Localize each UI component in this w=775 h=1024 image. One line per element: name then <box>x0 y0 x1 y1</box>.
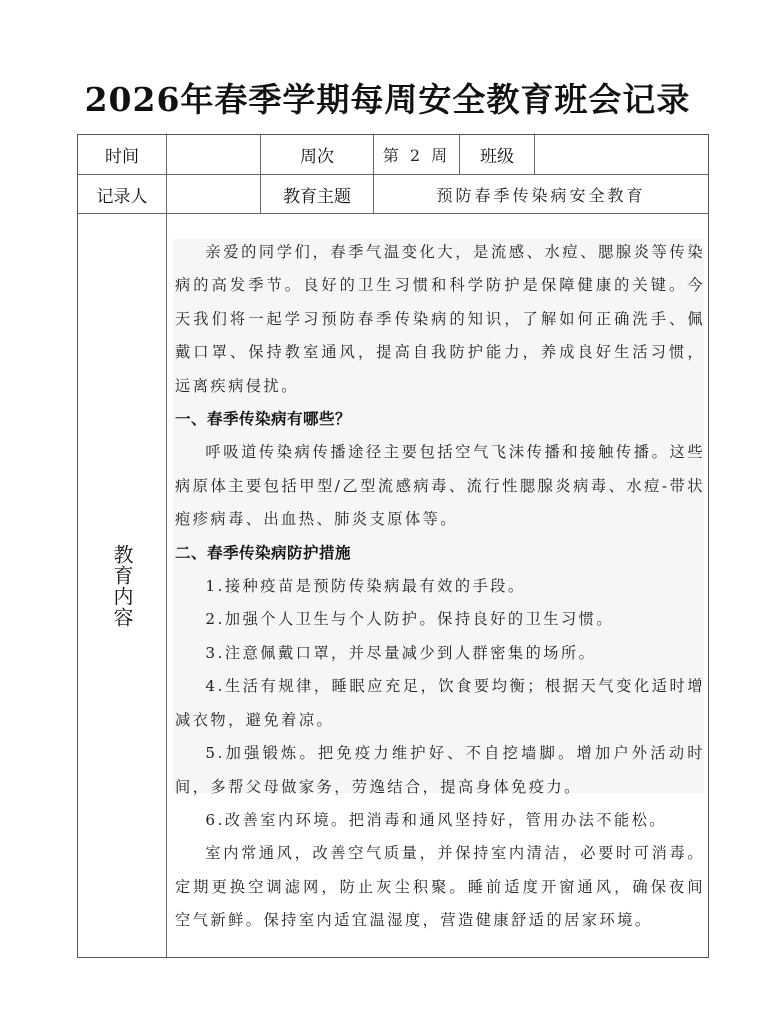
closing-paragraph: 室内常通风，改善空气质量，并保持室内清洁，必要时可消毒。定期更换空调滤网，防止灰… <box>175 837 705 937</box>
week-field[interactable]: 第 2 周 <box>374 135 459 174</box>
measure-item-5: 5.加强锻炼。把免疫力维护好、不自挖墙脚。增加户外活动时间，多帮父母做家务，劳逸… <box>175 737 705 804</box>
theme-field[interactable]: 预防春季传染病安全教育 <box>374 175 708 213</box>
record-table: 时间 周次 第 2 周 班级 记录人 教育主题 预防春季传染病安全教育 教育内容… <box>77 134 709 958</box>
intro-paragraph: 亲爱的同学们，春季气温变化大，是流感、水痘、腮腺炎等传染病的高发季节。良好的卫生… <box>175 236 705 403</box>
measure-item-4: 4.生活有规律，睡眠应充足，饮食要均衡；根据天气变化适时增减衣物，避免着凉。 <box>175 670 705 737</box>
row-divider <box>78 213 708 214</box>
section1-paragraph: 呼吸道传染病传播途径主要包括空气飞沫传播和接触传播。这些病原体主要包括甲型/乙型… <box>175 436 705 536</box>
theme-label: 教育主题 <box>261 175 373 213</box>
measure-item-1: 1.接种疫苗是预防传染病最有效的手段。 <box>175 570 705 603</box>
section1-heading: 一、春季传染病有哪些？ <box>175 403 705 436</box>
content-label-cell: 教育内容 <box>78 214 167 957</box>
class-label: 班级 <box>460 135 534 174</box>
measure-item-3: 3.注意佩戴口罩，并尽量减少到人群密集的场所。 <box>175 637 705 670</box>
week-label: 周次 <box>261 135 373 174</box>
section2-heading: 二、春季传染病防护措施 <box>175 537 705 570</box>
time-field[interactable] <box>167 135 260 174</box>
measure-item-2: 2.加强个人卫生与个人防护。保持良好的卫生习惯。 <box>175 603 705 636</box>
content-label: 教育内容 <box>108 544 137 628</box>
content-body[interactable]: 亲爱的同学们，春季气温变化大，是流感、水痘、腮腺炎等传染病的高发季节。良好的卫生… <box>175 236 705 938</box>
time-label: 时间 <box>78 135 166 174</box>
measure-item-6: 6.改善室内环境。把消毒和通风坚持好，管用办法不能松。 <box>175 804 705 837</box>
recorder-field[interactable] <box>167 175 260 213</box>
document-title: 2026年春季学期每周安全教育班会记录 <box>0 74 775 121</box>
recorder-label: 记录人 <box>78 175 166 213</box>
class-field[interactable] <box>535 135 708 174</box>
